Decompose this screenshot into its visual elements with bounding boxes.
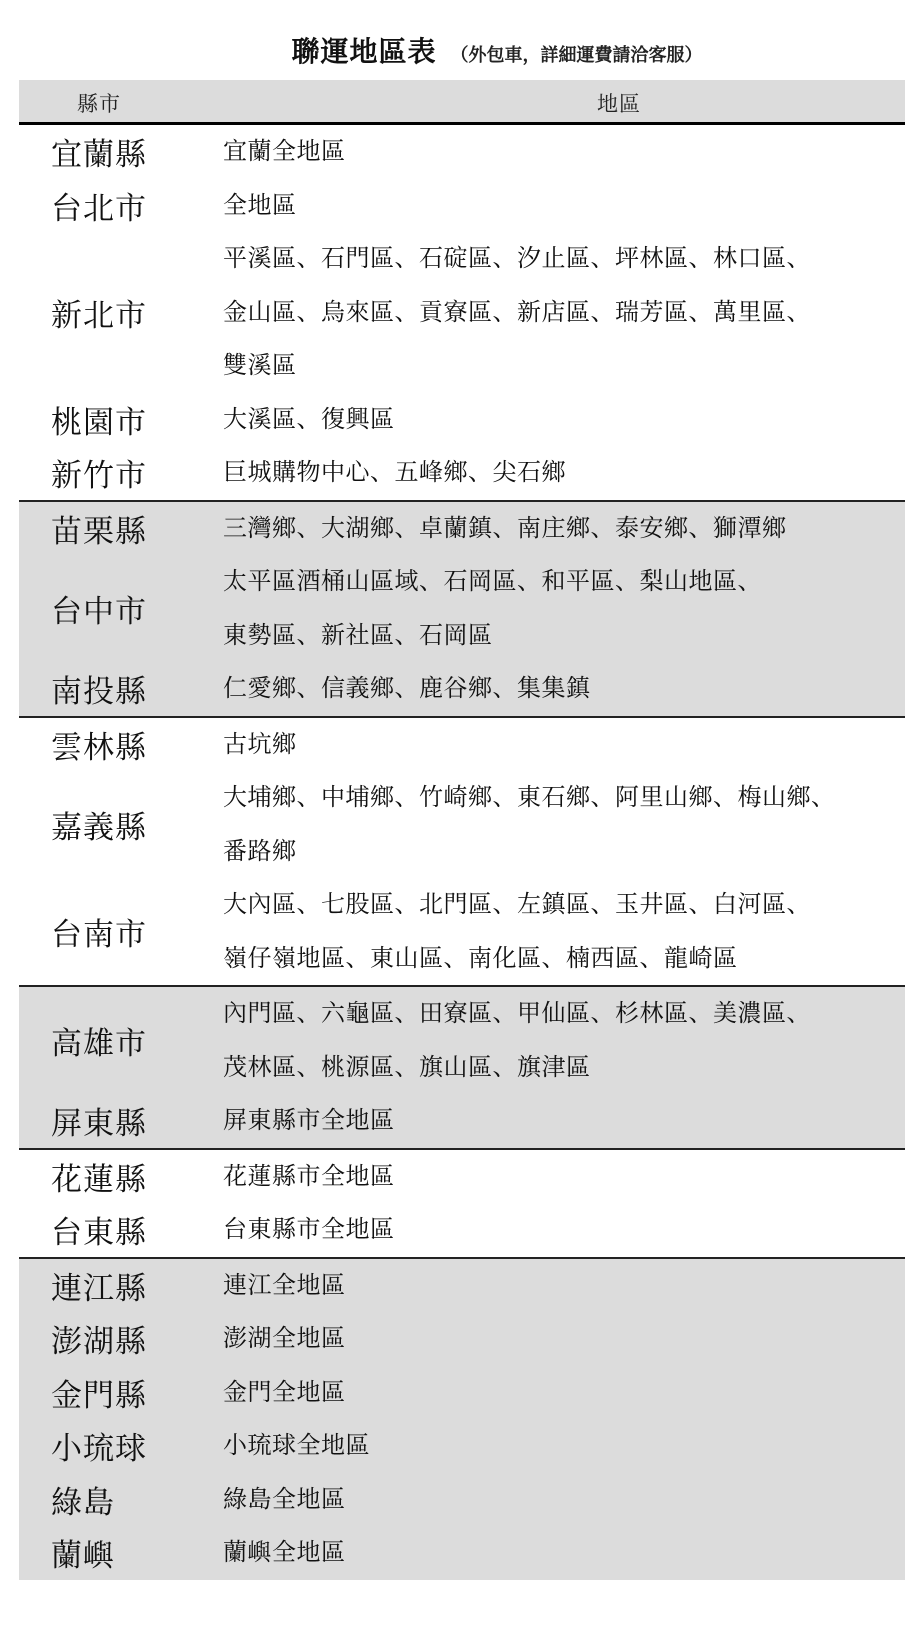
area-line: 大溪區、復興區 bbox=[223, 393, 895, 447]
city-cell: 連江縣 bbox=[19, 1263, 223, 1308]
area-cell: 仁愛鄉、信義鄉、鹿谷鄉、集集鎮 bbox=[223, 662, 905, 716]
area-cell: 三灣鄉、大湖鄉、卓蘭鎮、南庄鄉、泰安鄉、獅潭鄉 bbox=[223, 502, 905, 556]
area-cell: 金門全地區 bbox=[223, 1366, 905, 1420]
area-cell: 平溪區、石門區、石碇區、汐止區、坪林區、林口區、金山區、烏來區、貢寮區、新店區、… bbox=[223, 232, 905, 393]
area-line: 小琉球全地區 bbox=[223, 1419, 895, 1473]
area-line: 澎湖全地區 bbox=[223, 1312, 895, 1366]
area-cell: 宜蘭全地區 bbox=[223, 125, 905, 179]
city-cell: 台北市 bbox=[19, 183, 223, 228]
area-line: 大內區、七股區、北門區、左鎮區、玉井區、白河區、 bbox=[223, 878, 895, 932]
area-cell: 大埔鄉、中埔鄉、竹崎鄉、東石鄉、阿里山鄉、梅山鄉、番路鄉 bbox=[223, 771, 905, 878]
city-cell: 嘉義縣 bbox=[19, 802, 223, 847]
area-line: 大埔鄉、中埔鄉、竹崎鄉、東石鄉、阿里山鄉、梅山鄉、 bbox=[223, 771, 895, 825]
city-cell: 蘭嶼 bbox=[19, 1530, 223, 1575]
city-cell: 桃園市 bbox=[19, 397, 223, 442]
region-group: 花蓮縣花蓮縣市全地區台東縣台東縣市全地區 bbox=[19, 1148, 905, 1257]
table-row: 台東縣台東縣市全地區 bbox=[19, 1203, 905, 1257]
page-subtitle-note: （外包車，詳細運費請洽客服） bbox=[451, 41, 703, 67]
city-cell: 澎湖縣 bbox=[19, 1316, 223, 1361]
table-row: 連江縣連江全地區 bbox=[19, 1259, 905, 1313]
table-row: 花蓮縣花蓮縣市全地區 bbox=[19, 1150, 905, 1204]
area-line: 平溪區、石門區、石碇區、汐止區、坪林區、林口區、 bbox=[223, 232, 895, 286]
region-group: 苗栗縣三灣鄉、大湖鄉、卓蘭鎮、南庄鄉、泰安鄉、獅潭鄉台中市太平區酒桶山區域、石岡… bbox=[19, 500, 905, 716]
table-row: 高雄市內門區、六龜區、田寮區、甲仙區、杉林區、美濃區、茂林區、桃源區、旗山區、旗… bbox=[19, 987, 905, 1094]
area-cell: 澎湖全地區 bbox=[223, 1312, 905, 1366]
area-line: 嶺仔嶺地區、東山區、南化區、楠西區、龍崎區 bbox=[223, 932, 895, 986]
column-header-area: 地區 bbox=[597, 88, 641, 118]
table-row: 綠島綠島全地區 bbox=[19, 1473, 905, 1527]
table-row: 新竹市巨城購物中心、五峰鄉、尖石鄉 bbox=[19, 446, 905, 500]
table-row: 宜蘭縣宜蘭全地區 bbox=[19, 125, 905, 179]
area-line: 仁愛鄉、信義鄉、鹿谷鄉、集集鎮 bbox=[223, 662, 895, 716]
area-line: 蘭嶼全地區 bbox=[223, 1526, 895, 1580]
table-row: 新北市平溪區、石門區、石碇區、汐止區、坪林區、林口區、金山區、烏來區、貢寮區、新… bbox=[19, 232, 905, 393]
area-cell: 內門區、六龜區、田寮區、甲仙區、杉林區、美濃區、茂林區、桃源區、旗山區、旗津區 bbox=[223, 987, 905, 1094]
city-cell: 花蓮縣 bbox=[19, 1154, 223, 1199]
city-cell: 南投縣 bbox=[19, 666, 223, 711]
table-row: 澎湖縣澎湖全地區 bbox=[19, 1312, 905, 1366]
area-line: 金門全地區 bbox=[223, 1366, 895, 1420]
table-header: 縣市 地區 bbox=[19, 80, 905, 125]
city-cell: 宜蘭縣 bbox=[19, 129, 223, 174]
city-cell: 小琉球 bbox=[19, 1423, 223, 1468]
table-row: 台中市太平區酒桶山區域、石岡區、和平區、梨山地區、東勢區、新社區、石岡區 bbox=[19, 555, 905, 662]
table-row: 小琉球小琉球全地區 bbox=[19, 1419, 905, 1473]
area-cell: 大內區、七股區、北門區、左鎮區、玉井區、白河區、嶺仔嶺地區、東山區、南化區、楠西… bbox=[223, 878, 905, 985]
table-row: 雲林縣古坑鄉 bbox=[19, 718, 905, 772]
area-line: 東勢區、新社區、石岡區 bbox=[223, 609, 895, 663]
area-cell: 太平區酒桶山區域、石岡區、和平區、梨山地區、東勢區、新社區、石岡區 bbox=[223, 555, 905, 662]
area-line: 連江全地區 bbox=[223, 1259, 895, 1313]
area-cell: 全地區 bbox=[223, 179, 905, 233]
area-line: 雙溪區 bbox=[223, 339, 895, 393]
table-body: 宜蘭縣宜蘭全地區台北市全地區新北市平溪區、石門區、石碇區、汐止區、坪林區、林口區… bbox=[19, 125, 905, 1580]
city-cell: 台南市 bbox=[19, 909, 223, 954]
area-line: 巨城購物中心、五峰鄉、尖石鄉 bbox=[223, 446, 895, 500]
area-line: 屏東縣市全地區 bbox=[223, 1094, 895, 1148]
region-group: 雲林縣古坑鄉嘉義縣大埔鄉、中埔鄉、竹崎鄉、東石鄉、阿里山鄉、梅山鄉、番路鄉台南市… bbox=[19, 716, 905, 986]
city-cell: 高雄市 bbox=[19, 1018, 223, 1063]
area-cell: 大溪區、復興區 bbox=[223, 393, 905, 447]
city-cell: 雲林縣 bbox=[19, 722, 223, 767]
area-cell: 連江全地區 bbox=[223, 1259, 905, 1313]
region-group: 連江縣連江全地區澎湖縣澎湖全地區金門縣金門全地區小琉球小琉球全地區綠島綠島全地區… bbox=[19, 1257, 905, 1580]
area-line: 三灣鄉、大湖鄉、卓蘭鎮、南庄鄉、泰安鄉、獅潭鄉 bbox=[223, 502, 895, 556]
area-cell: 台東縣市全地區 bbox=[223, 1203, 905, 1257]
area-cell: 巨城購物中心、五峰鄉、尖石鄉 bbox=[223, 446, 905, 500]
table-row: 桃園市大溪區、復興區 bbox=[19, 393, 905, 447]
area-line: 古坑鄉 bbox=[223, 718, 895, 772]
city-cell: 新竹市 bbox=[19, 450, 223, 495]
table-row: 苗栗縣三灣鄉、大湖鄉、卓蘭鎮、南庄鄉、泰安鄉、獅潭鄉 bbox=[19, 502, 905, 556]
area-line: 金山區、烏來區、貢寮區、新店區、瑞芳區、萬里區、 bbox=[223, 286, 895, 340]
area-line: 茂林區、桃源區、旗山區、旗津區 bbox=[223, 1041, 895, 1095]
area-cell: 屏東縣市全地區 bbox=[223, 1094, 905, 1148]
area-cell: 蘭嶼全地區 bbox=[223, 1526, 905, 1580]
city-cell: 台東縣 bbox=[19, 1207, 223, 1252]
area-line: 番路鄉 bbox=[223, 825, 895, 879]
table-row: 台南市大內區、七股區、北門區、左鎮區、玉井區、白河區、嶺仔嶺地區、東山區、南化區… bbox=[19, 878, 905, 985]
city-cell: 苗栗縣 bbox=[19, 506, 223, 551]
area-line: 台東縣市全地區 bbox=[223, 1203, 895, 1257]
table-row: 蘭嶼蘭嶼全地區 bbox=[19, 1526, 905, 1580]
page-title: 聯運地區表 bbox=[291, 30, 436, 70]
area-line: 花蓮縣市全地區 bbox=[223, 1150, 895, 1204]
table-row: 屏東縣屏東縣市全地區 bbox=[19, 1094, 905, 1148]
page-title-block: 聯運地區表 （外包車，詳細運費請洽客服） bbox=[0, 30, 924, 70]
city-cell: 屏東縣 bbox=[19, 1098, 223, 1143]
delivery-region-table: 縣市 地區 宜蘭縣宜蘭全地區台北市全地區新北市平溪區、石門區、石碇區、汐止區、坪… bbox=[19, 80, 905, 1580]
area-line: 宜蘭全地區 bbox=[223, 125, 895, 179]
area-line: 全地區 bbox=[223, 179, 895, 233]
area-line: 內門區、六龜區、田寮區、甲仙區、杉林區、美濃區、 bbox=[223, 987, 895, 1041]
city-cell: 新北市 bbox=[19, 290, 223, 335]
table-row: 台北市全地區 bbox=[19, 179, 905, 233]
area-cell: 綠島全地區 bbox=[223, 1473, 905, 1527]
column-header-city: 縣市 bbox=[77, 88, 121, 118]
area-cell: 小琉球全地區 bbox=[223, 1419, 905, 1473]
region-group: 高雄市內門區、六龜區、田寮區、甲仙區、杉林區、美濃區、茂林區、桃源區、旗山區、旗… bbox=[19, 985, 905, 1148]
city-cell: 綠島 bbox=[19, 1477, 223, 1522]
city-cell: 金門縣 bbox=[19, 1370, 223, 1415]
area-cell: 花蓮縣市全地區 bbox=[223, 1150, 905, 1204]
area-line: 太平區酒桶山區域、石岡區、和平區、梨山地區、 bbox=[223, 555, 895, 609]
table-row: 嘉義縣大埔鄉、中埔鄉、竹崎鄉、東石鄉、阿里山鄉、梅山鄉、番路鄉 bbox=[19, 771, 905, 878]
table-row: 南投縣仁愛鄉、信義鄉、鹿谷鄉、集集鎮 bbox=[19, 662, 905, 716]
area-cell: 古坑鄉 bbox=[223, 718, 905, 772]
region-group: 宜蘭縣宜蘭全地區台北市全地區新北市平溪區、石門區、石碇區、汐止區、坪林區、林口區… bbox=[19, 125, 905, 500]
table-row: 金門縣金門全地區 bbox=[19, 1366, 905, 1420]
city-cell: 台中市 bbox=[19, 586, 223, 631]
area-line: 綠島全地區 bbox=[223, 1473, 895, 1527]
